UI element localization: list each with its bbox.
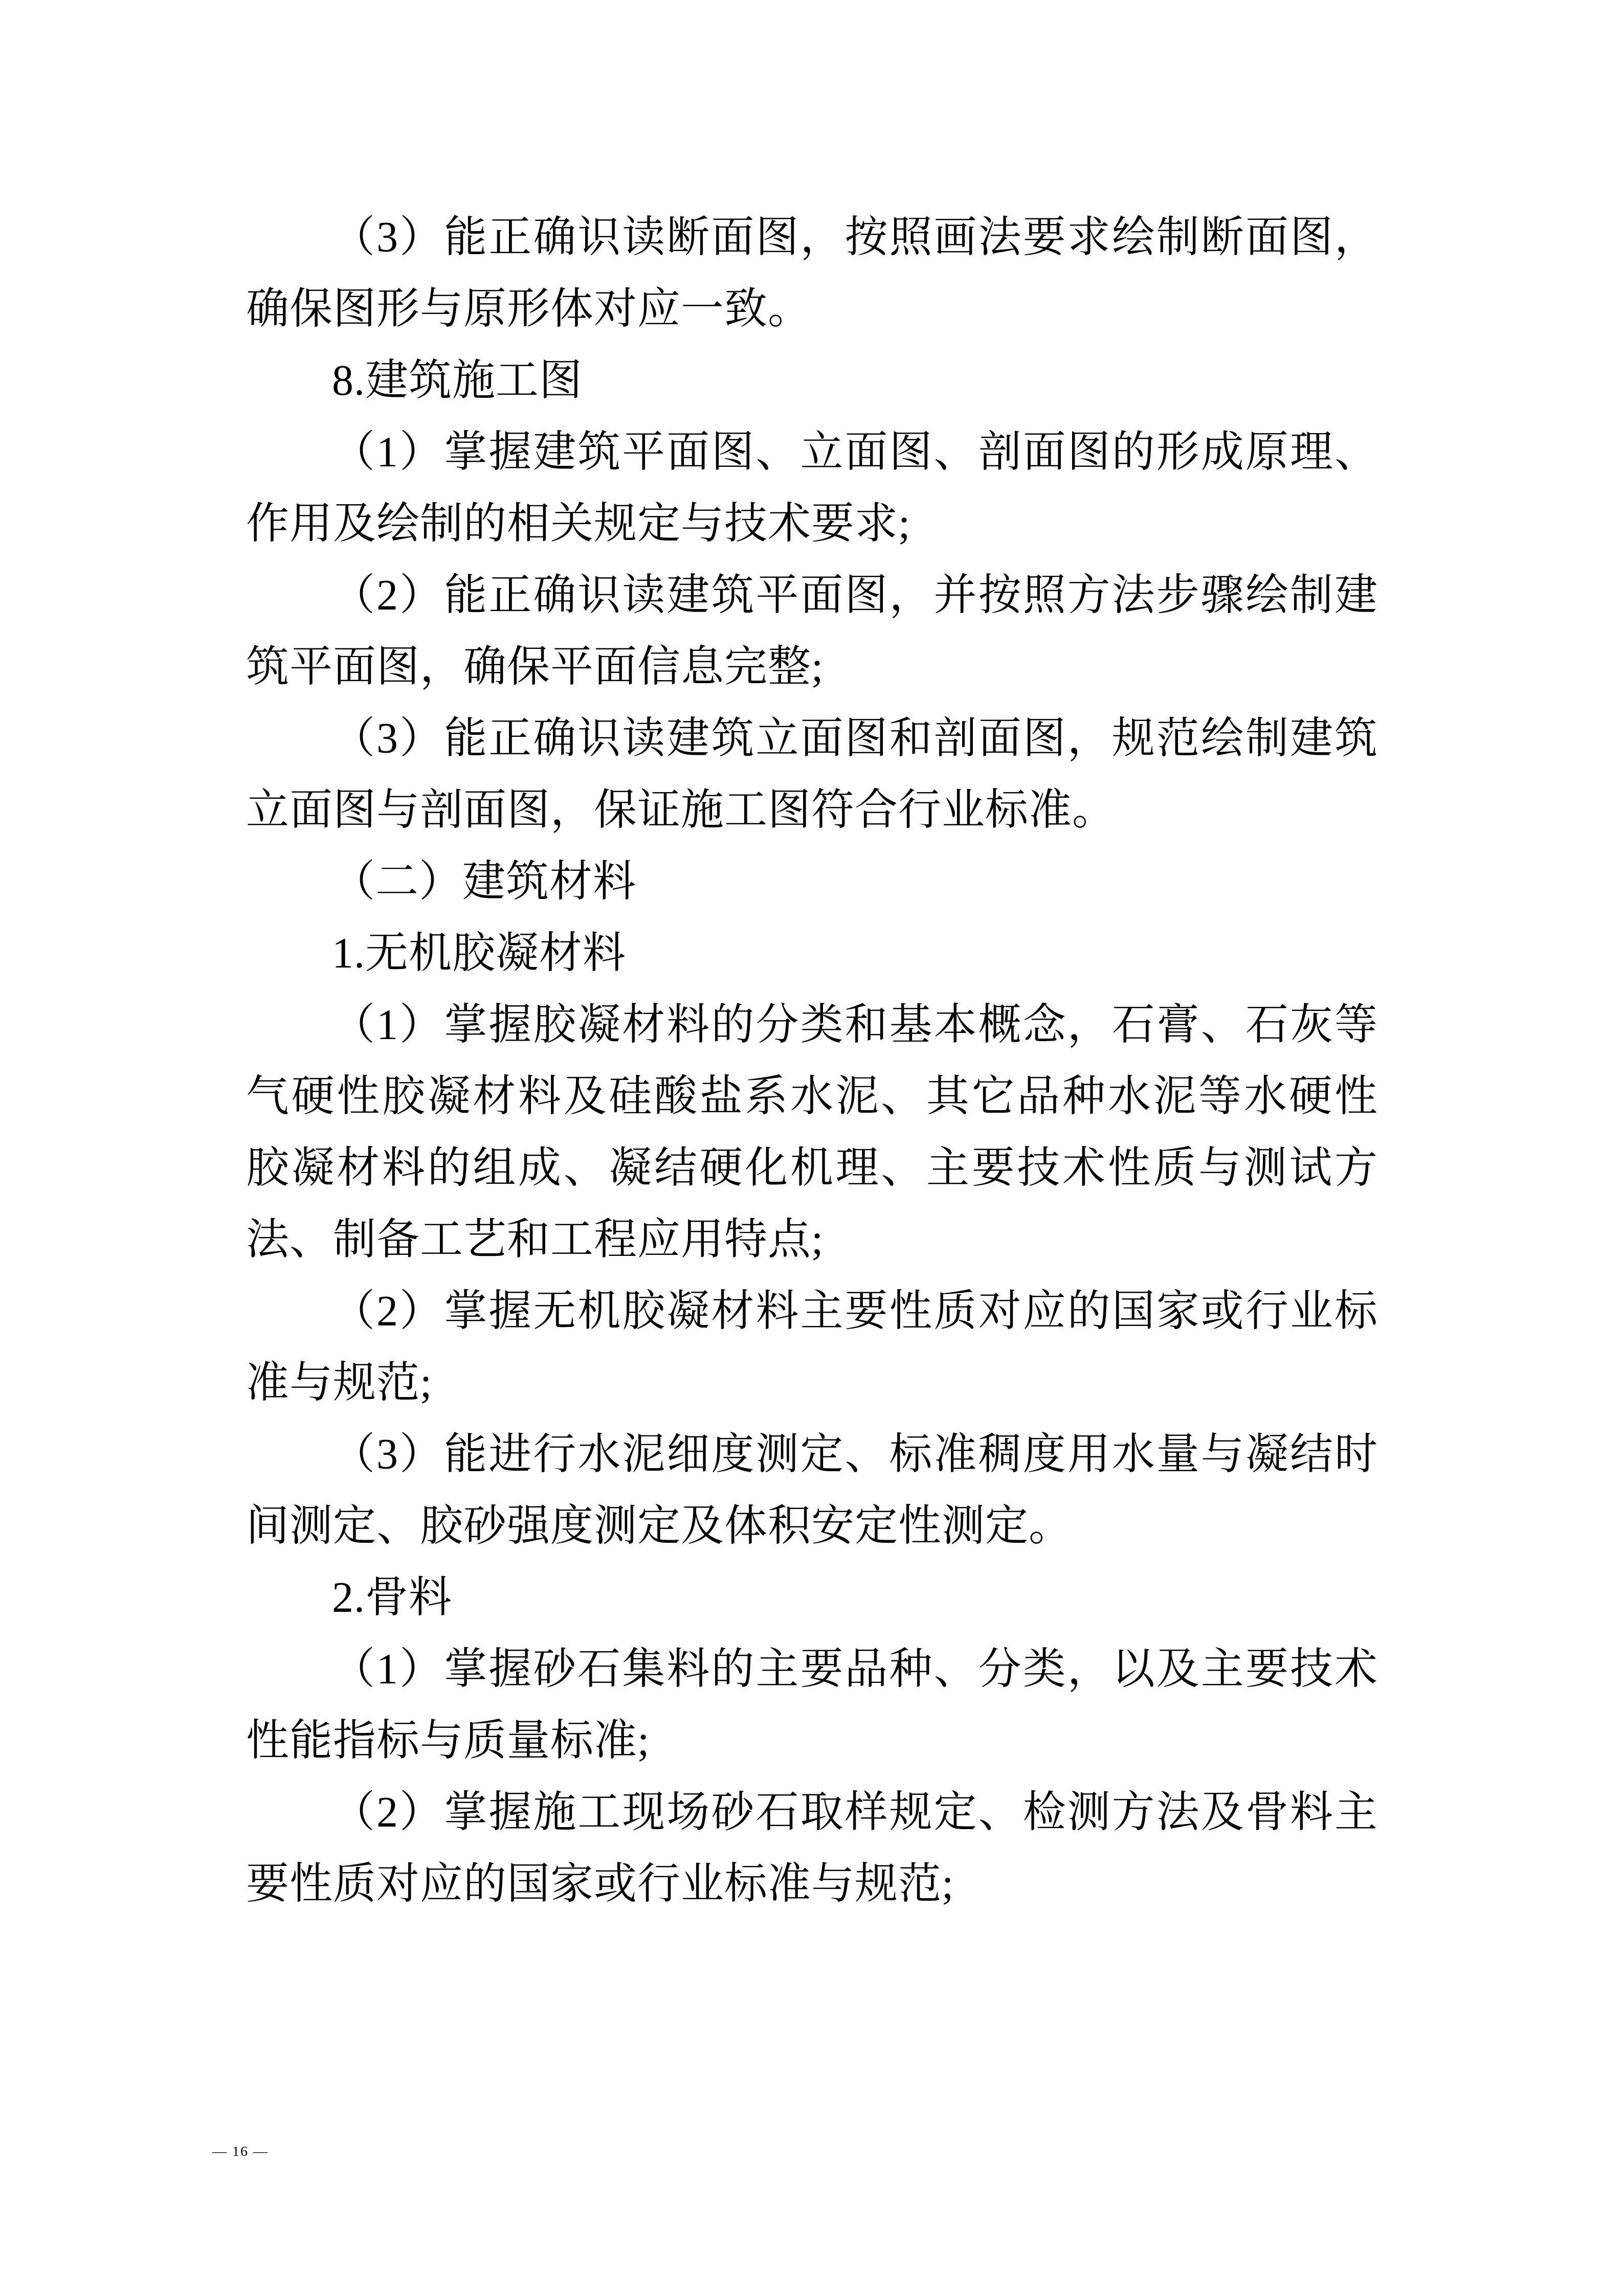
page-number: — 16 — bbox=[212, 2142, 269, 2162]
text-line: （2）能正确识读建筑平面图，并按照方法步骤绘制建 bbox=[246, 560, 1378, 632]
text-line: 立面图与剖面图，保证施工图符合行业标准。 bbox=[246, 775, 1378, 846]
text-line: 筑平面图，确保平面信息完整; bbox=[246, 632, 1378, 703]
text-line: 间测定、胶砂强度测定及体积安定性测定。 bbox=[246, 1491, 1378, 1562]
text-line: 气硬性胶凝材料及硅酸盐系水泥、其它品种水泥等水硬性 bbox=[246, 1061, 1378, 1133]
text-line: 8.建筑施工图 bbox=[246, 345, 1378, 417]
text-line: （2）掌握施工现场砂石取样规定、检测方法及骨料主 bbox=[246, 1777, 1378, 1849]
text-line: 要性质对应的国家或行业标准与规范; bbox=[246, 1849, 1378, 1920]
text-line: （2）掌握无机胶凝材料主要性质对应的国家或行业标 bbox=[246, 1276, 1378, 1347]
text-line: （3）能进行水泥细度测定、标准稠度用水量与凝结时 bbox=[246, 1419, 1378, 1491]
text-line: 准与规范; bbox=[246, 1347, 1378, 1419]
text-line: 1.无机胶凝材料 bbox=[246, 918, 1378, 989]
text-line: （3）能正确识读建筑立面图和剖面图，规范绘制建筑 bbox=[246, 703, 1378, 775]
text-line: （1）掌握胶凝材料的分类和基本概念，石膏、石灰等 bbox=[246, 989, 1378, 1061]
text-line: （1）掌握建筑平面图、立面图、剖面图的形成原理、 bbox=[246, 417, 1378, 488]
text-line: 确保图形与原形体对应一致。 bbox=[246, 274, 1378, 345]
text-line: 胶凝材料的组成、凝结硬化机理、主要技术性质与测试方 bbox=[246, 1133, 1378, 1204]
text-line: 法、制备工艺和工程应用特点; bbox=[246, 1204, 1378, 1276]
text-line: 性能指标与质量标准; bbox=[246, 1705, 1378, 1777]
text-line: （3）能正确识读断面图，按照画法要求绘制断面图， bbox=[246, 202, 1378, 274]
text-line: 2.骨料 bbox=[246, 1562, 1378, 1634]
text-line: 作用及绘制的相关规定与技术要求; bbox=[246, 488, 1378, 560]
text-line: （二）建筑材料 bbox=[246, 846, 1378, 918]
text-line: （1）掌握砂石集料的主要品种、分类，以及主要技术 bbox=[246, 1634, 1378, 1705]
document-body: （3）能正确识读断面图，按照画法要求绘制断面图，确保图形与原形体对应一致。8.建… bbox=[246, 202, 1378, 1920]
document-page: （3）能正确识读断面图，按照画法要求绘制断面图，确保图形与原形体对应一致。8.建… bbox=[0, 0, 1624, 2296]
